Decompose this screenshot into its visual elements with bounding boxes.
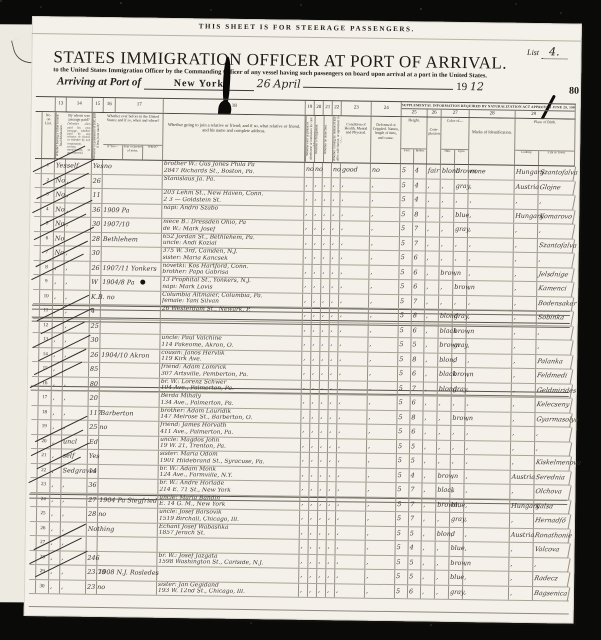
cell-anarchist — [323, 163, 332, 177]
cell-birth-city: Kamenci — [536, 282, 575, 296]
cell-height-inches: 8 — [413, 208, 426, 222]
cell-prior-us — [98, 537, 158, 551]
cell-money: 28 no — [87, 508, 98, 522]
arrival-month-handwritten: April — [273, 77, 300, 90]
cell-polygamist: , — [312, 264, 321, 278]
cell-complexion: , — [423, 411, 437, 425]
cell-birth-city: Hernadfő — [533, 514, 572, 528]
cell-marks: , — [466, 354, 512, 368]
cell-marks: , — [469, 180, 515, 194]
cell-complexion: , — [424, 382, 438, 396]
cell-height-feet: 5 — [396, 527, 409, 541]
cell-health: , — [338, 366, 368, 380]
cell-anarchist: , — [319, 410, 328, 424]
cell-prison: , — [302, 380, 311, 394]
cell-height-feet: 5 — [399, 266, 412, 280]
cell-eyes: , — [454, 194, 468, 208]
cell-birth-city: Ronathonie — [533, 529, 572, 543]
cell-deformed: , — [369, 280, 399, 294]
cell-deformed: , — [366, 526, 396, 540]
cell-birth-city: Valcova — [532, 543, 571, 557]
cell-health: , — [336, 511, 366, 525]
cell-contract-labor: , — [329, 395, 338, 409]
cell-eyes: , — [451, 440, 465, 454]
cell-height-inches: 5 — [410, 454, 423, 468]
cell-birth-country: Hungary — [510, 499, 534, 513]
cell-eyes: gray — [450, 513, 464, 527]
cell-prison: , — [302, 337, 311, 351]
cell-deformed: , — [369, 309, 399, 323]
cell-height-feet: 5 — [397, 469, 410, 483]
cell-deformed: , — [367, 468, 397, 482]
cell-complexion: , — [426, 223, 440, 237]
cell-birth-country: , — [509, 572, 533, 586]
cell-height-inches: 7 — [413, 237, 426, 251]
cell-birth-country: , — [513, 267, 537, 281]
cell-hair: , — [439, 281, 453, 295]
cell-relative-address: br. W.: Lorenz Schwer 104 Ave., Palmerto… — [160, 378, 302, 393]
cell-paid-by: , — [61, 478, 87, 492]
cell-money: 14 — [88, 464, 99, 478]
cell-money: Yes — [92, 160, 103, 174]
cell-money: 27 — [87, 493, 98, 507]
cell-complexion: fair — [427, 165, 441, 179]
cell-polygamist: , — [313, 235, 322, 249]
header-fifty-dollars: Whether in possession of $50, and if les… — [92, 113, 104, 159]
cell-anarchist: , — [317, 584, 326, 598]
cell-birth-city: Geldmirides — [535, 384, 574, 398]
cell-birth-country: , — [512, 398, 536, 412]
header-height-split: Feet. Inches. — [401, 148, 426, 163]
cell-height-feet: 5 — [398, 353, 411, 367]
cell-polygamist: , — [310, 453, 319, 467]
cell-complexion: , — [424, 353, 438, 367]
cell-prison: , — [302, 395, 311, 409]
cell-prison: , — [299, 569, 308, 583]
cell-birth-country: , — [511, 441, 535, 455]
cell-deformed: , — [366, 483, 396, 497]
cell-deformed: , — [370, 222, 400, 236]
cell-prison: , — [303, 322, 312, 336]
cell-hair: , — [436, 513, 450, 527]
cell-complexion: , — [423, 440, 437, 454]
cell-hair: , — [437, 455, 451, 469]
cell-marks: , — [466, 368, 512, 382]
cell-prison: , — [301, 424, 310, 438]
cell-height-feet: 5 — [396, 498, 409, 512]
cell-anarchist: , — [320, 337, 329, 351]
cell-prior-us — [97, 551, 157, 565]
cell-relative-address: Columbia Altmaier, Columbia, Pa. female:… — [161, 291, 303, 306]
cell-hair: blond — [438, 353, 452, 367]
cell-marks: , — [465, 426, 511, 440]
cell-relative-address: friend: James Horvath 411 Ave., Palmerto… — [159, 422, 301, 437]
cell-birth-city: , — [532, 558, 571, 572]
cell-height-feet: 5 — [399, 295, 412, 309]
cell-prior-us: 1904/10 Akron — [100, 348, 160, 362]
cell-money: 23.70 — [86, 566, 97, 580]
cell-deformed: , — [366, 512, 396, 526]
cell-height-feet: 5 — [396, 483, 409, 497]
cell-marks: , — [464, 528, 510, 542]
cell-marks: , — [463, 571, 509, 585]
cell-prior-us — [99, 464, 159, 478]
cell-birth-country: , — [510, 485, 534, 499]
arriving-label: Arriving at Port of — [57, 75, 141, 88]
header-before-us-text: Whether ever before in the United States… — [107, 114, 160, 123]
cell-money: Nothing — [87, 522, 98, 536]
cell-prison: , — [304, 206, 313, 220]
cell-anarchist: , — [320, 352, 329, 366]
cell-prison: , — [299, 583, 308, 597]
header-height-text: Height. — [408, 118, 419, 122]
cell-eyes: brown — [449, 556, 463, 570]
cell-anarchist: , — [322, 236, 331, 250]
cell-marks: , — [465, 455, 511, 469]
cell-contract-labor: , — [329, 337, 338, 351]
cell-deformed: , — [369, 323, 399, 337]
cell-complexion: , — [426, 237, 440, 251]
cell-marks: none — [469, 165, 515, 179]
cell-health: , — [335, 569, 365, 583]
col-num-15: 15 — [93, 98, 104, 112]
cell-row-number: 18 — [38, 406, 51, 420]
cell-health: , — [339, 265, 369, 279]
cell-prison: , — [299, 554, 308, 568]
cell-eyes: brown — [455, 165, 469, 179]
cell-deformed: , — [367, 410, 397, 424]
header-eyes: Eyes. — [455, 150, 468, 164]
col-num-21: 21 — [324, 101, 333, 115]
cell-prior-us — [103, 175, 163, 189]
cell-anarchist: , — [321, 279, 330, 293]
cell-height-feet: 5 — [395, 556, 408, 570]
cell-anarchist: , — [318, 482, 327, 496]
cell-marks: , — [468, 223, 514, 237]
cell-height-inches: 7 — [409, 512, 422, 526]
cell-ticket: , — [50, 493, 61, 507]
supplemental-section: SUPPLEMENTAL INFORMATION REQUIRED BY NAT… — [402, 102, 576, 118]
cell-polygamist: , — [309, 482, 318, 496]
cell-height-feet: 5 — [397, 425, 410, 439]
cell-polygamist: , — [313, 250, 322, 264]
cell-birth-country: , — [509, 586, 533, 600]
cell-birth-city: , — [537, 224, 576, 238]
cell-contract-labor: , — [327, 511, 336, 525]
cell-ticket: , — [52, 377, 63, 391]
cell-prison: , — [300, 496, 309, 510]
cell-complexion: , — [424, 397, 438, 411]
cell-height-feet: 5 — [396, 512, 409, 526]
cell-complexion: , — [422, 483, 436, 497]
cell-polygamist: , — [308, 554, 317, 568]
cell-marks: , — [465, 412, 511, 426]
cell-health: , — [336, 497, 366, 511]
cell-health: , — [337, 468, 367, 482]
col-num-16: 16 — [104, 98, 116, 112]
cell-height-feet: 5 — [397, 454, 410, 468]
cell-birth-city: Serednia — [533, 471, 572, 485]
cell-marks: , — [465, 441, 511, 455]
cell-hair: , — [436, 542, 450, 556]
cell-contract-labor: , — [328, 468, 337, 482]
cell-eyes: , — [450, 527, 464, 541]
cell-anarchist: , — [317, 555, 326, 569]
cell-ticket: , — [53, 290, 64, 304]
cell-health: , — [339, 323, 369, 337]
cell-eyes: brown — [453, 324, 467, 338]
cell-eyes: , — [454, 237, 468, 251]
table-header-row: No. on List. Whether having a ticket to … — [35, 112, 576, 167]
cell-health: , — [338, 337, 368, 351]
cell-hair: , — [438, 397, 452, 411]
cell-hair: , — [437, 411, 451, 425]
header-condition: Condition of Health, Mental and Physical… — [341, 116, 372, 162]
cell-contract-labor: , — [332, 178, 341, 192]
cell-eyes: gray — [455, 179, 469, 193]
cell-contract-labor: no — [332, 163, 341, 177]
cell-complexion: , — [421, 556, 435, 570]
cell-marks: , — [468, 238, 514, 252]
cell-health: , — [338, 352, 368, 366]
col-num-13: 13 — [56, 97, 67, 111]
cell-hair: , — [441, 179, 455, 193]
cell-money: 26 — [90, 261, 101, 275]
cell-birth-city: Radecz — [532, 572, 571, 586]
cell-hair: , — [435, 585, 449, 599]
cell-height-feet: 5 — [399, 309, 412, 323]
col-num-blank — [36, 97, 56, 111]
cell-deformed: , — [368, 338, 398, 352]
cell-eyes: blue — [450, 498, 464, 512]
cell-contract-labor: , — [331, 236, 340, 250]
cell-relative-address: 375 W. 3rd, Camden, N.J. sister: Maria K… — [162, 248, 304, 263]
cell-height-inches: 5 — [408, 556, 421, 570]
cell-birth-country: , — [513, 296, 537, 310]
cell-deformed: , — [371, 178, 401, 192]
cell-health: , — [341, 178, 371, 192]
cell-relative-address — [157, 567, 299, 582]
cell-health: , — [336, 482, 366, 496]
cell-anarchist: , — [318, 497, 327, 511]
cell-marks: , — [466, 339, 512, 353]
cell-prior-us — [101, 319, 161, 333]
cell-eyes: , — [453, 295, 467, 309]
cell-deformed: , — [366, 497, 396, 511]
col-num-19: 19 — [306, 101, 315, 115]
cell-marks: , — [466, 397, 512, 411]
cell-birth-country: , — [512, 354, 536, 368]
cell-polygamist: , — [309, 540, 318, 554]
cell-ticket: , — [50, 507, 61, 521]
cell-relative-address: uncle: Paul Valchine 114 Pakeome, Akron,… — [160, 335, 302, 350]
cell-eyes: , — [453, 266, 467, 280]
port-of-arrival: New York — [144, 78, 254, 92]
cell-anarchist: , — [319, 453, 328, 467]
cell-deformed: , — [369, 294, 399, 308]
header-city: City or Town. — [539, 151, 574, 165]
cell-prison: , — [302, 351, 311, 365]
cell-relative-address: Echant Josef Wabashka 1857 Jerach St. — [158, 523, 300, 538]
cell-health: , — [336, 540, 366, 554]
cell-prison: , — [303, 293, 312, 307]
cell-complexion: , — [424, 368, 438, 382]
cell-prior-us — [100, 334, 160, 348]
cell-eyes: , — [451, 455, 465, 469]
cell-birth-city: , — [536, 253, 575, 267]
cell-money: 85 — [89, 363, 100, 377]
cell-deformed: , — [367, 454, 397, 468]
cell-birth-country: , — [510, 514, 534, 528]
cell-polygamist: , — [311, 380, 320, 394]
cell-contract-labor: , — [331, 221, 340, 235]
cell-height-feet: 5 — [397, 440, 410, 454]
cell-contract-labor: , — [326, 555, 335, 569]
cell-birth-country: , — [514, 238, 538, 252]
cell-eyes: , — [451, 469, 465, 483]
cell-birth-city: Bodensaker — [536, 297, 575, 311]
cell-height-inches: 6 — [412, 266, 425, 280]
cell-contract-labor: , — [326, 584, 335, 598]
cell-birth-city: Kalsa — [533, 500, 572, 514]
cell-prison: , — [300, 482, 309, 496]
cell-height-inches: 5 — [410, 440, 423, 454]
cell-contract-labor: , — [328, 453, 337, 467]
header-country: Country. — [515, 151, 539, 165]
cell-paid-by: , — [60, 565, 86, 579]
cell-prior-us — [97, 580, 157, 594]
cell-ticket: , — [51, 406, 62, 420]
col-num-27: 27 — [442, 110, 470, 117]
cell-prison: , — [305, 177, 314, 191]
cell-prior-us — [100, 363, 160, 377]
cell-anarchist: , — [323, 178, 332, 192]
col-num-29: 29 — [516, 111, 552, 119]
cell-height-inches: 4 — [414, 164, 427, 178]
cell-polygamist: , — [311, 351, 320, 365]
cell-polygamist: , — [313, 192, 322, 206]
cell-prior-us: 1908 N.J. Rosledes — [97, 566, 157, 580]
cell-anarchist: , — [317, 569, 326, 583]
list-number: List 4. — [527, 45, 568, 59]
cell-birth-country: Hungary — [514, 209, 538, 223]
cell-polygamist: , — [311, 366, 320, 380]
cell-height-feet: 5 — [398, 367, 411, 381]
cell-eyes: gray — [452, 382, 466, 396]
header-color-split: Hair. Eyes. — [441, 149, 468, 164]
cell-relative-address: br. W.: Adam Monk 124 Ave., Farmville, N… — [159, 465, 301, 480]
col-num-17: 17 — [116, 98, 164, 113]
cell-height-feet: 5 — [395, 585, 408, 599]
cell-prior-us — [99, 435, 159, 449]
cell-contract-labor: , — [331, 207, 340, 221]
cell-marks: , — [466, 383, 512, 397]
cell-birth-city: Kelecseny — [534, 398, 573, 412]
cell-marks: , — [465, 470, 511, 484]
header-complexion: Com- plexion. — [427, 118, 442, 164]
cell-anarchist: , — [320, 395, 329, 409]
cell-hair: brown — [436, 498, 450, 512]
cell-polygamist: , — [311, 395, 320, 409]
header-birth: Place of Birth. Country. City or Town. — [515, 119, 576, 166]
cell-marks: , — [467, 325, 513, 339]
cell-health: , — [338, 381, 368, 395]
cell-prior-us — [98, 508, 158, 522]
col-num-26: 26 — [428, 110, 442, 117]
cell-prior-us — [99, 450, 159, 464]
cell-hair: black — [438, 368, 452, 382]
cell-marks: , — [468, 194, 514, 208]
cell-contract-labor: , — [327, 526, 336, 540]
cell-birth-country: , — [514, 224, 538, 238]
cell-polygamist: , — [309, 525, 318, 539]
cell-relative-address: uncle: Josef Barsovik 1519 Birchall, Chi… — [158, 509, 300, 524]
cell-birth-country: , — [512, 369, 536, 383]
cell-prison: , — [300, 525, 309, 539]
header-if-yes: If Yes— Year or period of years. Where? — [103, 144, 162, 160]
cell-anarchist: , — [318, 526, 327, 540]
cell-money: W — [90, 276, 101, 290]
cell-polygamist: , — [312, 293, 321, 307]
cell-health: , — [340, 221, 370, 235]
cell-hair: black — [439, 324, 453, 338]
cell-complexion: , — [423, 455, 437, 469]
cell-birth-city: Gyarmasolya — [534, 413, 573, 427]
cell-money — [87, 537, 98, 551]
year-handwritten: 12 — [470, 80, 484, 93]
cell-contract-labor: , — [330, 308, 339, 322]
cell-hair: , — [440, 208, 454, 222]
cell-marks: , — [464, 484, 510, 498]
cell-polygamist: , — [312, 308, 321, 322]
cell-prior-us — [100, 392, 160, 406]
cell-birth-country: , — [513, 311, 537, 325]
cell-anarchist: , — [320, 366, 329, 380]
cell-polygamist: , — [313, 206, 322, 220]
cell-prison: , — [303, 264, 312, 278]
cell-contract-labor: , — [327, 540, 336, 554]
cell-money: 25 — [90, 319, 101, 333]
cell-health: , — [340, 250, 370, 264]
cell-eyes: brown — [452, 368, 466, 382]
cell-birth-country: , — [514, 253, 538, 267]
cell-money: 28 — [91, 232, 102, 246]
manifest-sheet: THIS SHEET IS FOR STEERAGE PASSENGERS. L… — [24, 16, 582, 624]
cell-height-inches: 8 — [412, 309, 425, 323]
col-num-20: 20 — [315, 101, 324, 115]
cell-height-feet: 5 — [398, 396, 411, 410]
cell-ticket: Yes — [55, 159, 66, 173]
cell-height-inches: 7 — [409, 498, 422, 512]
cell-prior-us: 1904/8 Pa — [101, 276, 161, 290]
cell-money: Yes — [88, 450, 99, 464]
cell-health: , — [336, 526, 366, 540]
cell-hair: , — [440, 252, 454, 266]
cell-anarchist: , — [321, 294, 330, 308]
cell-hair: , — [440, 237, 454, 251]
cell-hair: blond — [439, 310, 453, 324]
cell-anarchist: , — [321, 308, 330, 322]
cell-money: 25 no — [88, 421, 99, 435]
header-if-yes-label: If Yes— — [103, 145, 123, 159]
cell-prior-us: Bethlehem — [102, 232, 162, 246]
cell-birth-country: , — [513, 325, 537, 339]
cell-contract-labor: , — [331, 192, 340, 206]
cell-birth-country: Hungary — [515, 166, 539, 180]
cell-birth-country: , — [512, 340, 536, 354]
col-num-23: 23 — [342, 101, 372, 115]
cell-birth-city: Sobinka — [536, 311, 575, 325]
